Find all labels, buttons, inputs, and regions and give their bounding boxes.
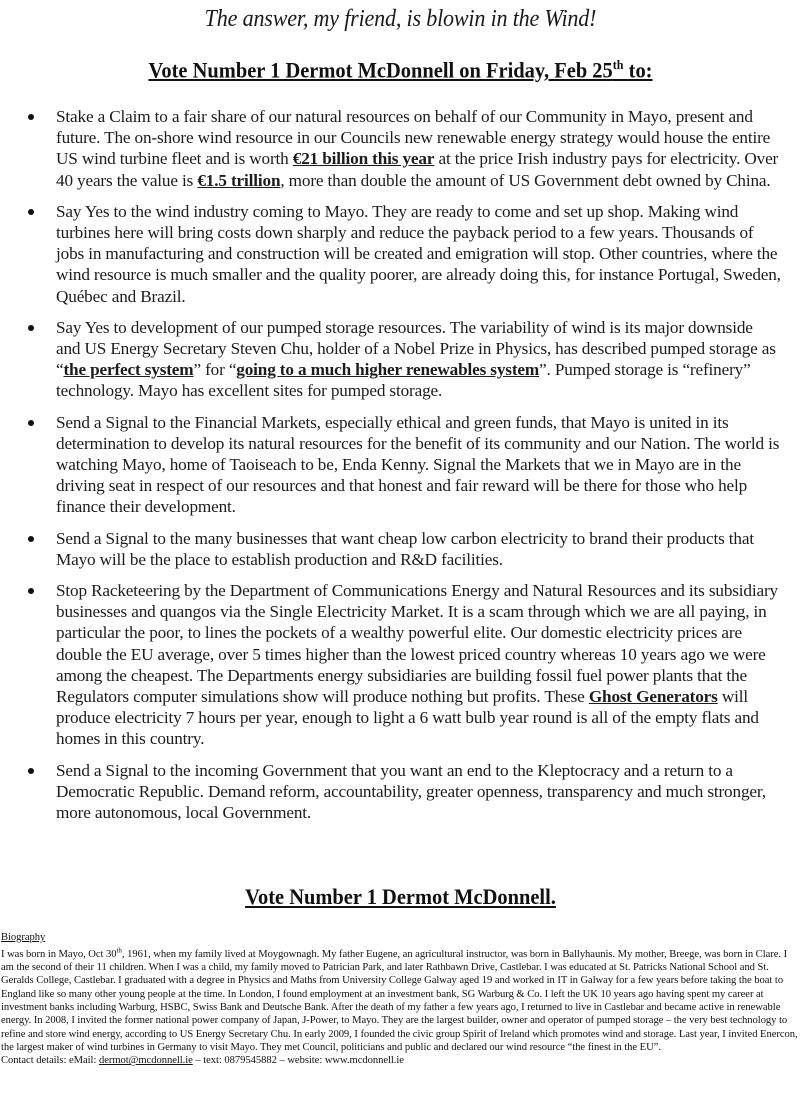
bullet-dot-icon — [28, 114, 34, 120]
bullet-stake-a-claim: Stake a Claim to a fair share of our nat… — [0, 106, 801, 191]
closing-headline: Vote Number 1 Dermot McDonnell. — [28, 884, 773, 910]
bullet-dot-icon — [28, 588, 34, 594]
contact-details: Contact details: eMail: dermot@mcdonnell… — [1, 1055, 404, 1066]
bullet-pumped-storage: Say Yes to development of our pumped sto… — [0, 317, 801, 402]
bullet-dot-icon — [28, 768, 34, 774]
highlight-21-billion: €21 billion this year — [293, 149, 435, 168]
highlight-perfect-system: the perfect system — [63, 360, 193, 379]
bullet-dot-icon — [28, 420, 34, 426]
bullet-dot-icon — [28, 536, 34, 542]
bullet-stop-racketeering: Stop Racketeering by the Department of C… — [0, 580, 801, 750]
highlight-ghost-generators: Ghost Generators — [589, 687, 718, 706]
campaign-flyer: The answer, my friend, is blowin in the … — [0, 0, 801, 1113]
biography-text: I was born in Mayo, Oct 30th, 1961, when… — [1, 949, 798, 1053]
bullet-incoming-government: Send a Signal to the incoming Government… — [0, 760, 801, 824]
headline-superscript: th — [613, 57, 624, 72]
highlight-1-5-trillion: €1.5 trillion — [197, 171, 280, 190]
biography-title: Biography — [1, 931, 799, 944]
headline: Vote Number 1 Dermot McDonnell on Friday… — [28, 57, 773, 83]
highlight-renewables-system: going to a much higher renewables system — [236, 360, 539, 379]
bullet-wind-industry: Say Yes to the wind industry coming to M… — [0, 201, 801, 307]
headline-end: to: — [624, 57, 653, 82]
bullet-dot-icon — [28, 325, 34, 331]
email-link[interactable]: dermot@mcdonnell.ie — [99, 1055, 193, 1066]
bullet-dot-icon — [28, 209, 34, 215]
bullet-list: Stake a Claim to a fair share of our nat… — [0, 106, 801, 833]
biography: Biography I was born in Mayo, Oct 30th, … — [1, 931, 799, 1068]
bullet-businesses: Send a Signal to the many businesses tha… — [0, 528, 801, 570]
headline-text: Vote Number 1 Dermot McDonnell on Friday… — [148, 57, 612, 82]
bullet-financial-markets: Send a Signal to the Financial Markets, … — [0, 412, 801, 518]
tagline: The answer, my friend, is blowin in the … — [32, 6, 769, 33]
